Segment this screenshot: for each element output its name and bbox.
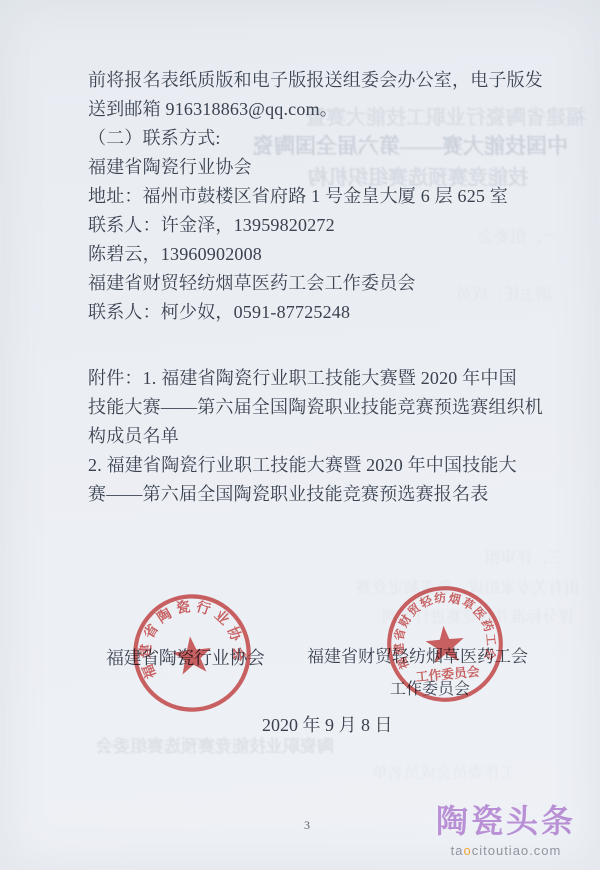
attachment-line: 构成员名单 [88,422,548,451]
body-line: 福建省陶瓷行业协会 [88,153,548,182]
bleedthrough-text: 三、评审组 [484,545,564,568]
signature-date: 2020 年 9 月 8 日 [262,711,393,737]
official-seal-right-icon: 福建省财贸轻纺烟草医药工会 工作委员会 [376,575,515,714]
body-line: 送到邮箱 916318863@qq.com。 [88,95,548,124]
seal-inner-text: 工作委员会 [415,664,480,685]
watermark-url: taocitoutiao.com [436,843,576,858]
body-line: 前将报名表纸质版和电子版报送组委会办公室，电子版发 [88,66,548,95]
star-icon [424,624,465,664]
body-line: 联系人：许金泽，13959820272 [88,211,548,240]
body-line: （二）联系方式: [88,124,548,153]
attachment-line: 技能大赛——第六届全国陶瓷职业技能竞赛预选赛组织机 [88,393,548,422]
attachment-line: 赛——第六届全国陶瓷职业技能竞赛预选赛报名表 [88,480,548,509]
body-line: 陈碧云，13960902008 [88,240,548,269]
official-seal-left-icon: 福建省陶瓷行业协会 [120,581,265,726]
body-line: 福建省财贸轻纺烟草医药工会工作委员会 [88,269,548,298]
page-number: 3 [304,818,310,833]
watermark-logo: 陶瓷头条 [436,796,576,842]
document-page: 福建省陶瓷行业职工技能大赛暨 中国技能大赛——第六届全国陶瓷 技能竞赛预选赛组织… [0,0,600,870]
bleedthrough-text: 工作委员会成员名单 [372,760,516,783]
attachment-line: 2. 福建省陶瓷行业职工技能大赛暨 2020 年中国技能大 [88,451,548,480]
watermark-url-part: citoutiao.com [472,843,562,858]
watermark-url-part: ta [451,843,464,858]
attachment-line: 附件：1. 福建省陶瓷行业职工技能大赛暨 2020 年中国 [88,364,548,393]
star-icon [171,634,214,675]
site-watermark: 陶瓷头条 taocitoutiao.com [436,796,576,858]
attachment-section: 附件：1. 福建省陶瓷行业职工技能大赛暨 2020 年中国 技能大赛——第六届全… [88,364,548,509]
document-body: 前将报名表纸质版和电子版报送组委会办公室，电子版发 送到邮箱 916318863… [88,66,548,327]
body-line: 地址：福州市鼓楼区省府路 1 号金皇大厦 6 层 625 室 [88,182,548,211]
body-line: 联系人：柯少奴，0591-87725248 [88,298,548,327]
watermark-url-part: o [464,843,472,858]
